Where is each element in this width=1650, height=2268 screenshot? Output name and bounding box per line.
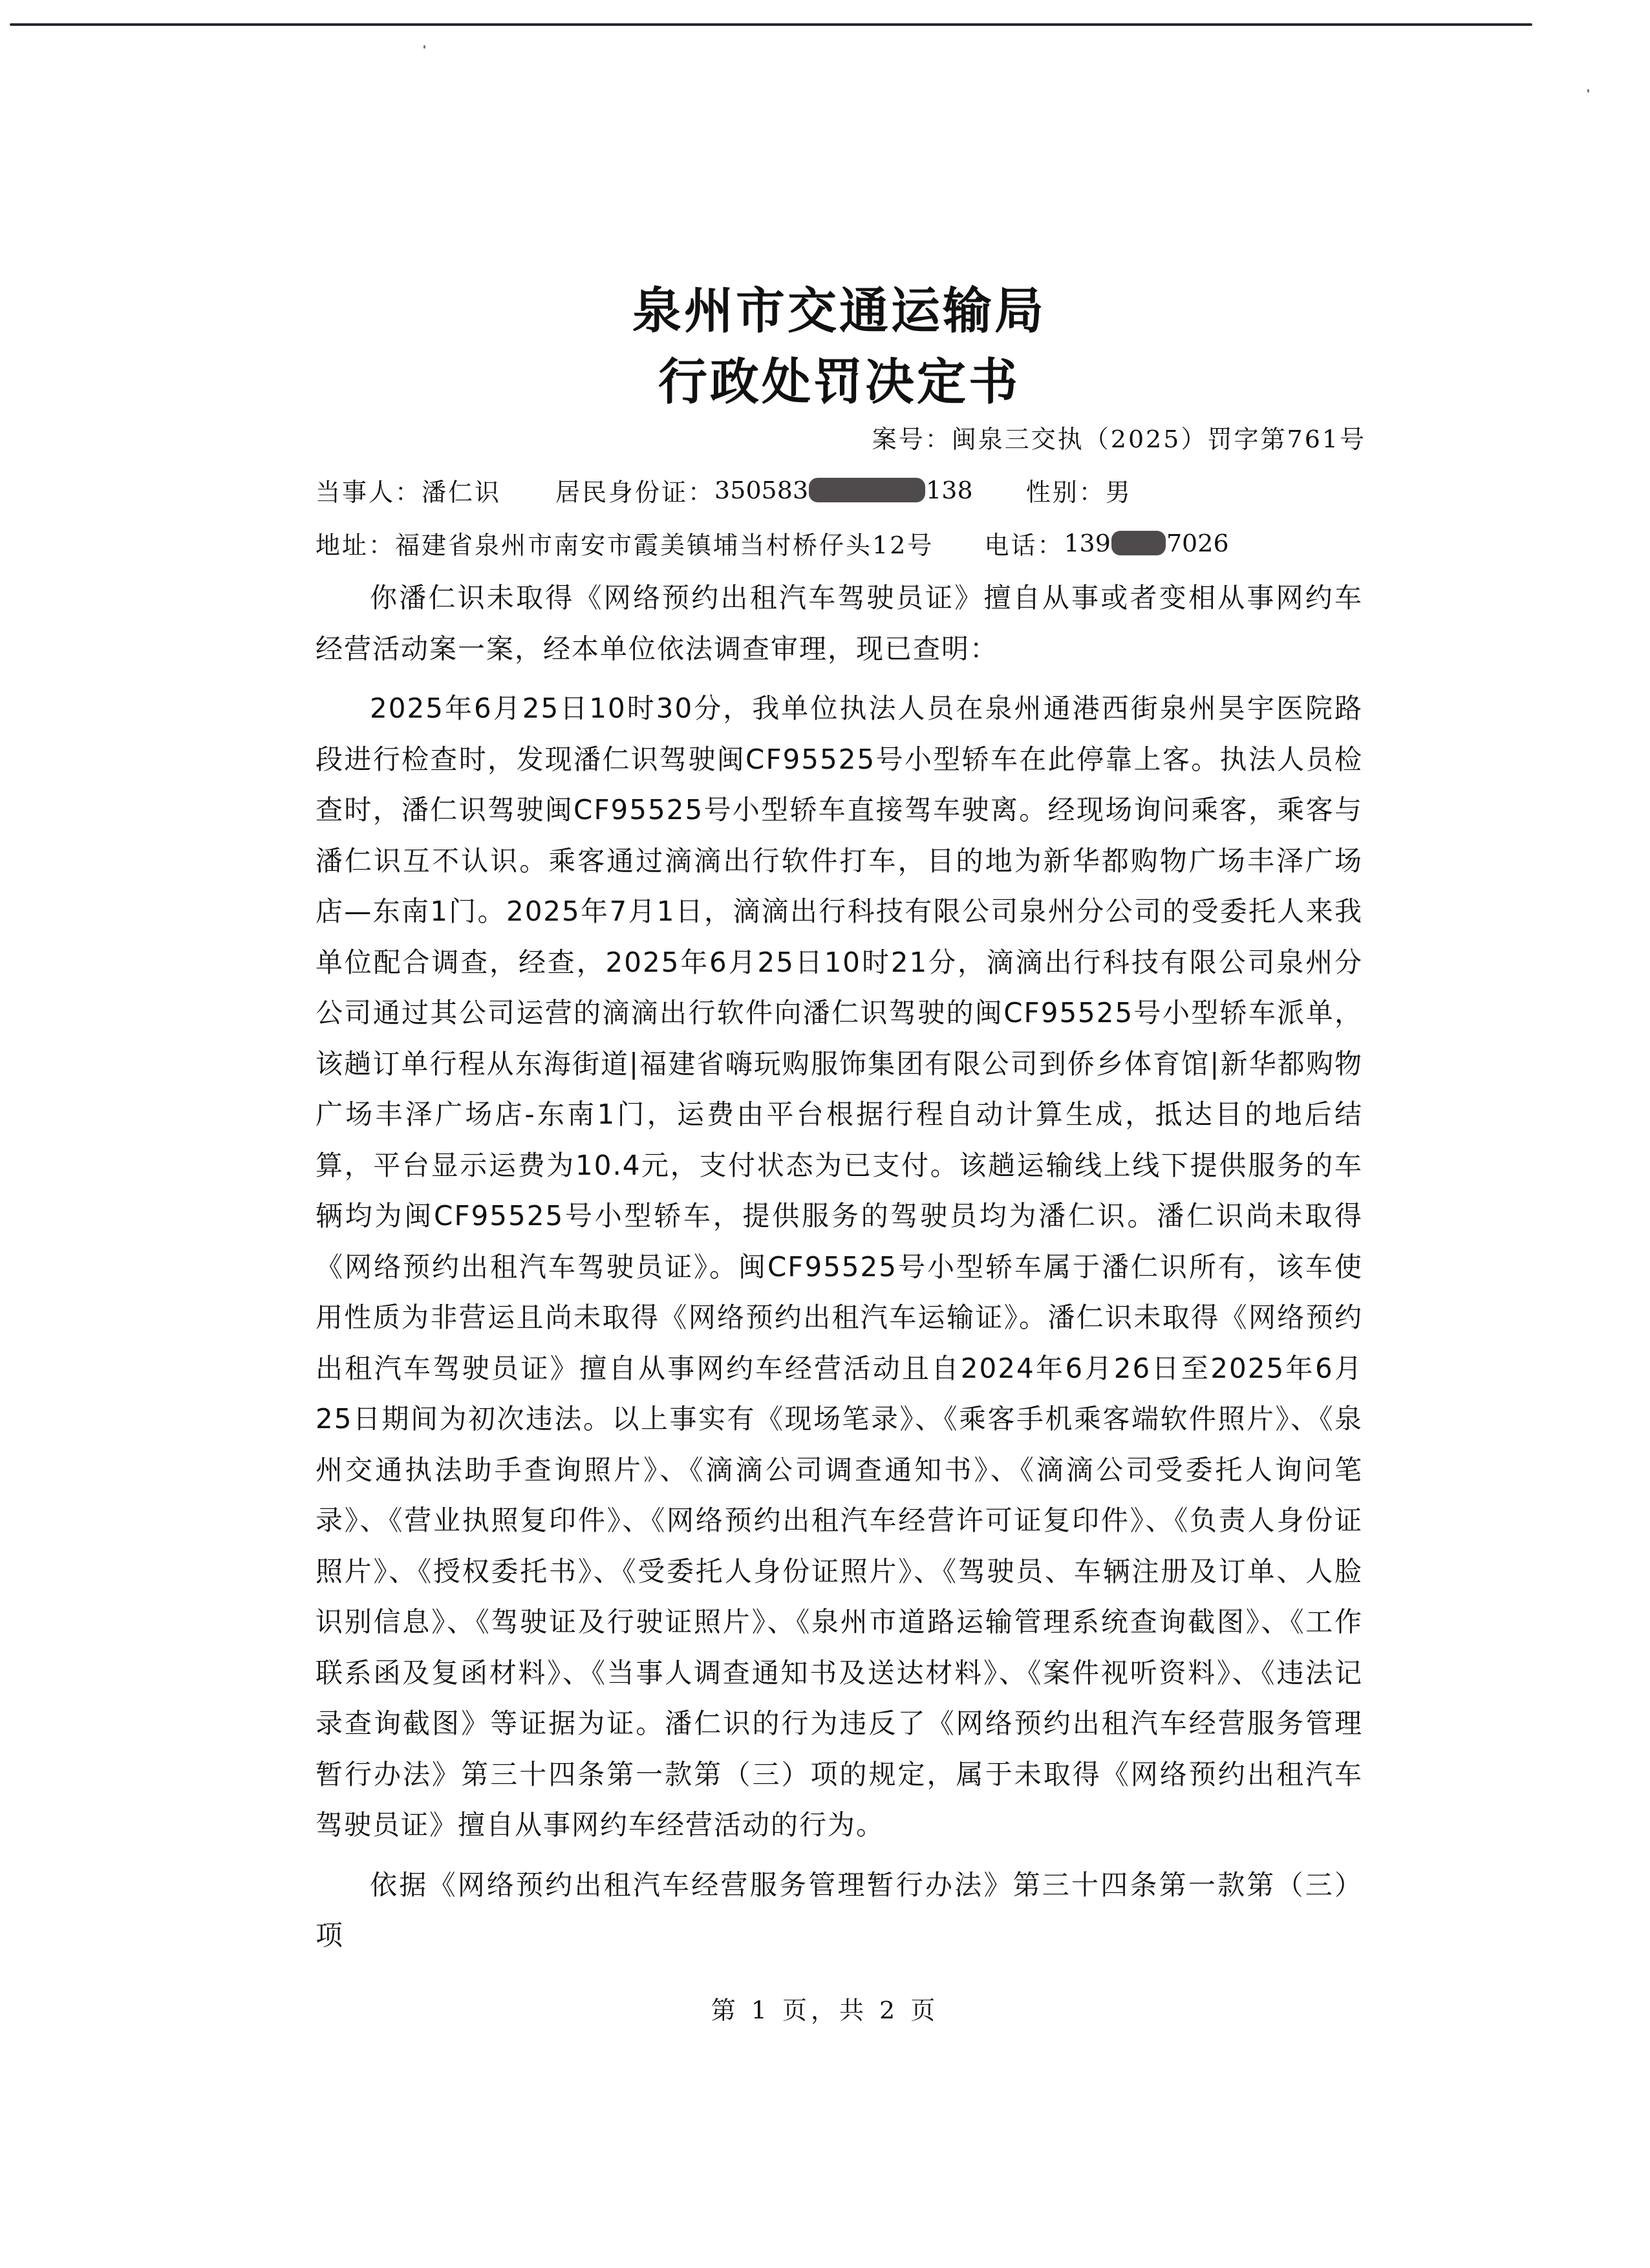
party-name-label: 当事人：	[316, 472, 422, 508]
paragraph-legal-basis: 依据《网络预约出租汽车经营服务管理暂行办法》第三十四条第一款第（三）项	[316, 1860, 1363, 1962]
party-name-field: 当事人： 潘仁识	[316, 472, 501, 508]
document-type-title: 行政处罚决定书	[316, 343, 1363, 413]
id-number-label: 居民身份证：	[555, 472, 714, 508]
paragraph-case-summary: 你潘仁识未取得《网络预约出租汽车驾驶员证》擅自从事或者变相从事网约车经营活动案一…	[316, 573, 1363, 674]
address-field: 地址： 福建省泉州市南安市霞美镇埔当村桥仔头12号	[316, 525, 934, 561]
phone-field: 电话： 139 7026	[984, 525, 1228, 561]
phone-label: 电话：	[984, 525, 1064, 561]
decision-body: 你潘仁识未取得《网络预约出租汽车驾驶员证》擅自从事或者变相从事网约车经营活动案一…	[316, 573, 1363, 1962]
id-number-suffix: 138	[926, 476, 973, 504]
gender-label: 性别：	[1026, 472, 1106, 508]
case-number: 案号：闽泉三交执（2025）罚字第761号	[872, 419, 1366, 455]
phone-prefix: 139	[1064, 529, 1111, 557]
id-number-prefix: 350583	[714, 476, 808, 504]
address-label: 地址：	[316, 525, 395, 561]
page-indicator: 第 1 页，共 2 页	[0, 1990, 1650, 2026]
id-redaction-mark	[809, 478, 925, 502]
issuing-authority-title: 泉州市交通运输局	[316, 272, 1363, 342]
address-info-row: 地址： 福建省泉州市南安市霞美镇埔当村桥仔头12号 电话： 139 7026	[316, 525, 1229, 561]
gender-value: 男	[1106, 472, 1132, 508]
party-info-row: 当事人： 潘仁识 居民身份证： 350583 138 性别： 男	[316, 472, 1132, 508]
scan-speck	[1587, 89, 1589, 92]
id-number-field: 居民身份证： 350583 138	[555, 472, 973, 508]
party-name-value: 潘仁识	[422, 472, 501, 508]
phone-redaction-mark	[1111, 531, 1166, 555]
paragraph-findings: 2025年6月25日10时30分，我单位执法人员在泉州通港西街泉州昊宇医院路段进…	[316, 683, 1363, 1851]
gender-field: 性别： 男	[1026, 472, 1132, 508]
scan-speck	[423, 45, 425, 48]
address-value: 福建省泉州市南安市霞美镇埔当村桥仔头12号	[395, 525, 934, 561]
phone-suffix: 7026	[1166, 529, 1229, 557]
top-rule	[10, 23, 1532, 26]
